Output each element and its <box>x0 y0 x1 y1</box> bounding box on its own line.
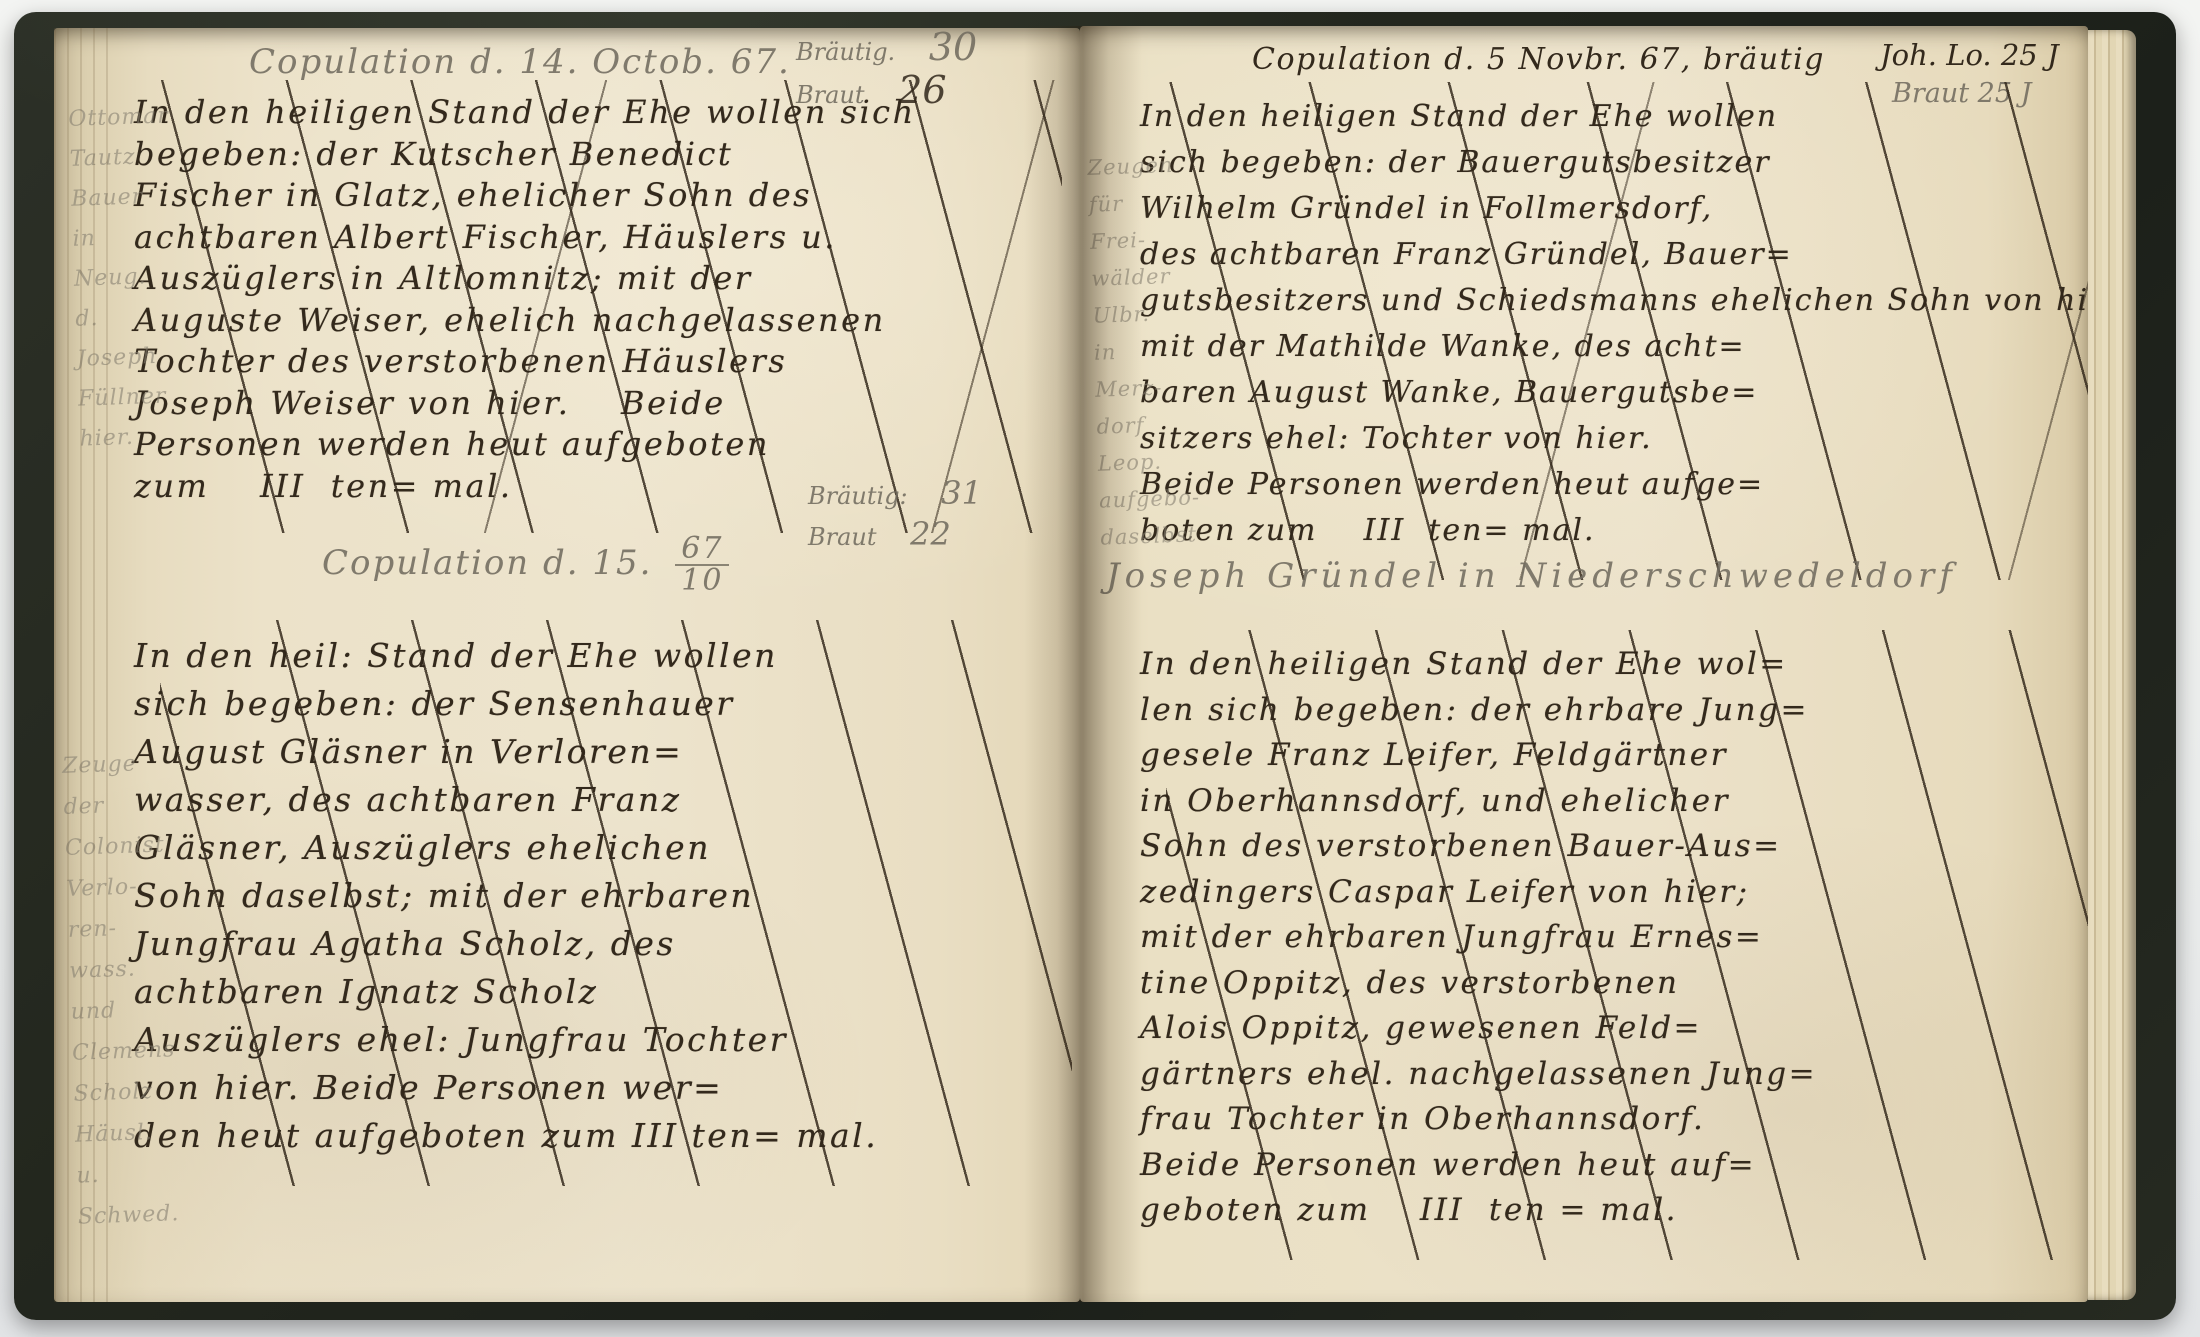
groom-age-row: Bräutig: 31 <box>808 474 982 515</box>
entry-text: In den heil: Stand der Ehe wollen sich b… <box>134 632 1064 1160</box>
entry-text: In den heiligen Stand der Ehe wollen sic… <box>134 92 1054 507</box>
register-entry-leifer-oppitz: In den heiligen Stand der Ehe wol= len s… <box>1140 642 2088 1234</box>
fraction-year: 67 <box>675 534 729 566</box>
left-page: Copulation d. 14. Octob. 67. Bräutig. 30… <box>54 28 1080 1302</box>
photo-of-register-book: Copulation d. 14. Octob. 67. Bräutig. 30… <box>0 0 2200 1337</box>
fraction-month: 10 <box>681 566 723 596</box>
left-pencil-date-heading: Copulation d. 14. Octob. 67. <box>249 42 791 82</box>
page-edges-left <box>54 28 112 1302</box>
bride-label: Braut <box>808 523 877 551</box>
right-pencil-witness-note: Joseph Gründel in Niederschwedeldorf <box>1106 556 2086 596</box>
page-edges-right <box>2088 30 2136 1300</box>
groom-age: 31 <box>941 474 982 512</box>
date-fraction: 67 10 <box>675 534 729 596</box>
bride-age: 22 <box>910 515 951 553</box>
groom-age-row: Bräutig. 30 <box>796 28 977 71</box>
left-age-notes-2: Bräutig: 31 Braut 22 <box>808 474 982 556</box>
bride-age-row: Braut 22 <box>808 515 982 556</box>
left-pencil-date-heading-2: Copulation d. 15. 67 10 <box>322 534 729 596</box>
groom-label: Bräutig: <box>808 482 908 510</box>
right-margin-pencil-notes: Zeugen für Frei- wälder Ulbr. in Merz- d… <box>1087 146 1202 556</box>
date-text: Copulation d. 15. <box>322 543 652 583</box>
register-entry-fischer-weiser: In den heiligen Stand der Ehe wollen sic… <box>134 92 1054 507</box>
entry-text: In den heiligen Stand der Ehe wollen sic… <box>1140 94 2088 554</box>
groom-label: Bräutig. <box>796 38 895 66</box>
right-ink-age-note: Joh. Lo. 25 J <box>1880 38 2059 72</box>
right-ink-date-heading: Copulation d. 5 Novbr. 67, bräutig <box>1252 42 1825 77</box>
register-entry-gruendel-wanke: In den heiligen Stand der Ehe wollen sic… <box>1140 94 2088 554</box>
right-page: Copulation d. 5 Novbr. 67, bräutig Joh. … <box>1080 26 2088 1302</box>
register-entry-glaesner-scholz: In den heil: Stand der Ehe wollen sich b… <box>134 632 1064 1160</box>
entry-text: In den heiligen Stand der Ehe wol= len s… <box>1140 642 2088 1234</box>
groom-age: 30 <box>929 28 977 69</box>
